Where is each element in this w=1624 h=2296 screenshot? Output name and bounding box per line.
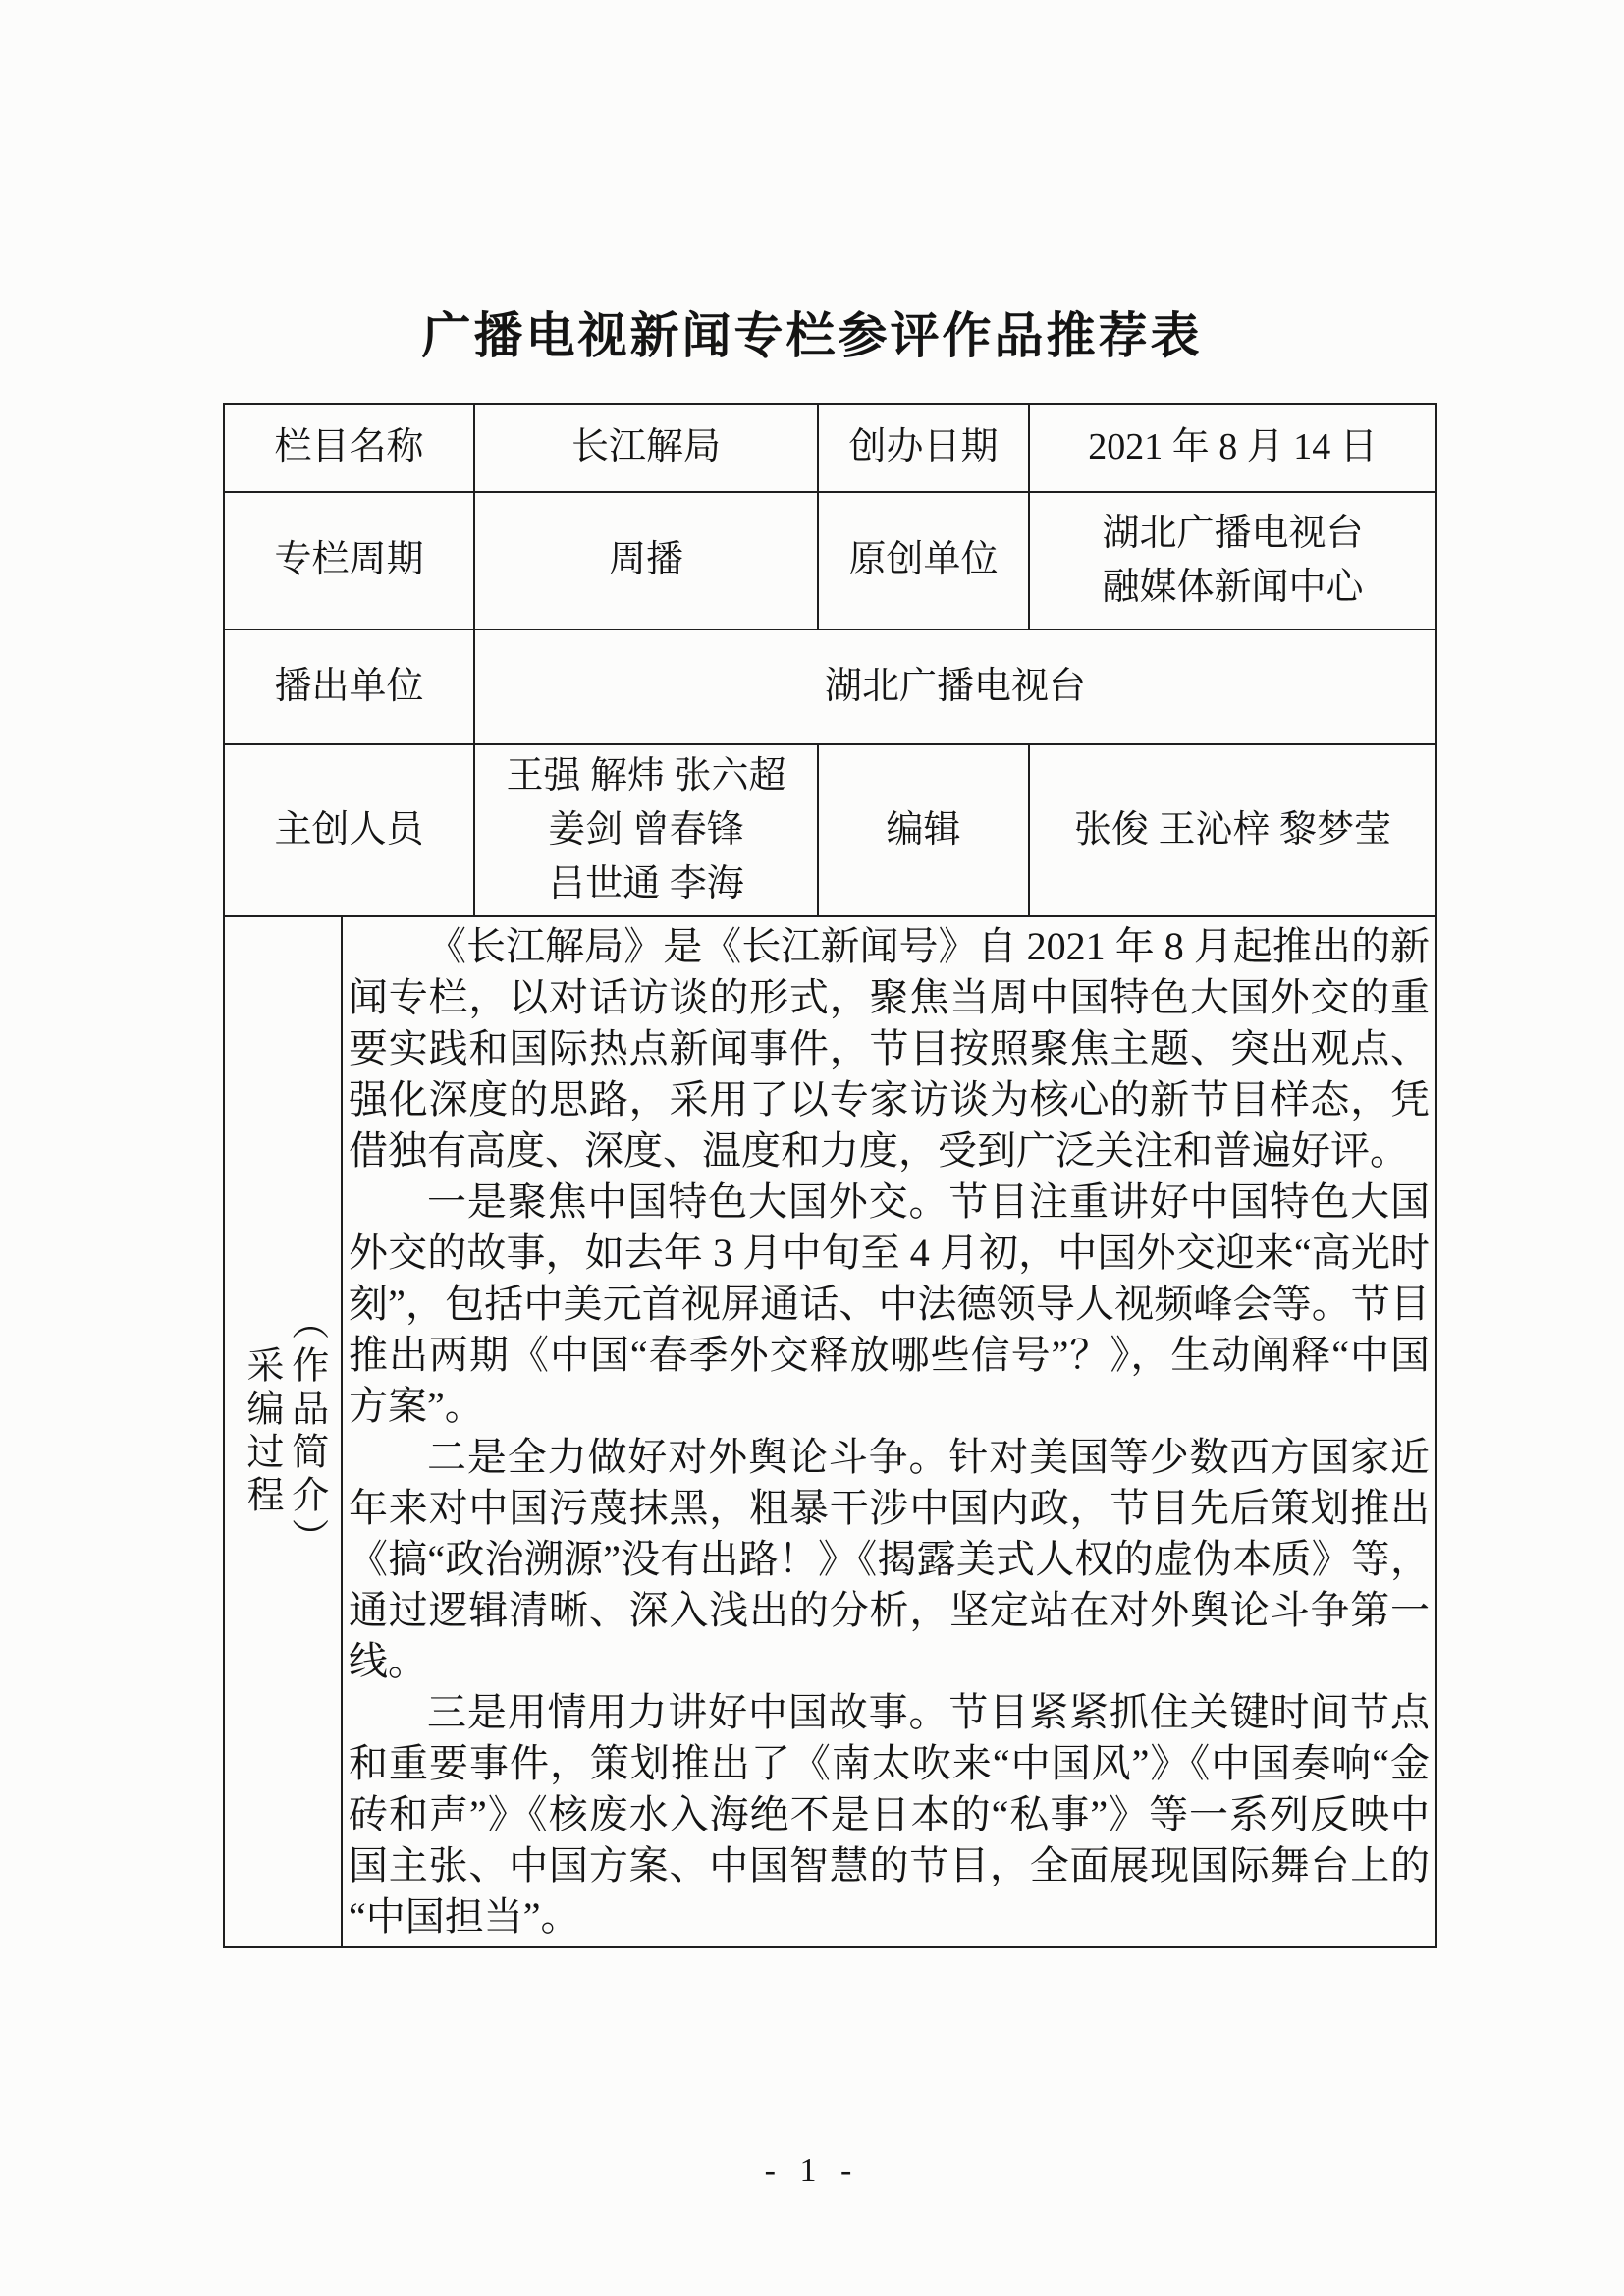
broadcast-unit-value: 湖北广播电视台	[474, 629, 1436, 744]
original-unit-value: 湖北广播电视台 融媒体新闻中心	[1029, 492, 1436, 629]
column-cycle-value: 周播	[474, 492, 818, 629]
broadcast-unit-label: 播出单位	[224, 629, 474, 744]
recommendation-form-table: 栏目名称 长江解局 创办日期 2021 年 8 月 14 日 专栏周期 周播 原…	[223, 403, 1437, 1948]
intro-section-label: 采编过程 （作品简介）	[224, 916, 342, 1947]
editor-label: 编辑	[818, 744, 1029, 916]
creators-line3: 吕世通 李海	[481, 857, 811, 911]
intro-paragraph-4: 三是用情用力讲好中国故事。节目紧紧抓住关键时间节点和重要事件，策划推出了《南太吹…	[349, 1687, 1430, 1942]
page-number: - 1 -	[0, 2153, 1624, 2190]
table-row: 专栏周期 周播 原创单位 湖北广播电视台 融媒体新闻中心	[224, 492, 1436, 629]
creators-value: 王强 解炜 张六超 姜剑 曾春锋 吕世通 李海	[474, 744, 818, 916]
intro-paragraph-3: 二是全力做好对外舆论斗争。针对美国等少数西方国家近年来对中国污蔑抹黑，粗暴干涉中…	[349, 1432, 1430, 1687]
page-title: 广播电视新闻专栏参评作品推荐表	[0, 297, 1624, 367]
creators-line1: 王强 解炜 张六超	[481, 749, 811, 803]
editor-value: 张俊 王沁梓 黎梦莹	[1029, 744, 1436, 916]
original-unit-line2: 融媒体新闻中心	[1036, 561, 1430, 615]
intro-paragraph-1: 《长江解局》是《长江新闻号》自 2021 年 8 月起推出的新闻专栏，以对话访谈…	[349, 921, 1430, 1176]
founding-date-label: 创办日期	[818, 404, 1029, 492]
intro-label-process: 采编过程	[240, 1345, 281, 1518]
original-unit-label: 原创单位	[818, 492, 1029, 629]
creators-line2: 姜剑 曾春锋	[481, 803, 811, 857]
column-name-label: 栏目名称	[224, 404, 474, 492]
column-name-value: 长江解局	[474, 404, 818, 492]
intro-label-paren: （作品简介）	[285, 1302, 326, 1561]
table-row: 采编过程 （作品简介） 《长江解局》是《长江新闻号》自 2021 年 8 月起推…	[224, 916, 1436, 1947]
table-row: 栏目名称 长江解局 创办日期 2021 年 8 月 14 日	[224, 404, 1436, 492]
intro-paragraph-2: 一是聚焦中国特色大国外交。节目注重讲好中国特色大国外交的故事，如去年 3 月中旬…	[349, 1176, 1430, 1432]
work-introduction-text: 《长江解局》是《长江新闻号》自 2021 年 8 月起推出的新闻专栏，以对话访谈…	[342, 916, 1436, 1947]
column-cycle-label: 专栏周期	[224, 492, 474, 629]
table-row: 主创人员 王强 解炜 张六超 姜剑 曾春锋 吕世通 李海 编辑 张俊 王沁梓 黎…	[224, 744, 1436, 916]
document-page: 广播电视新闻专栏参评作品推荐表 栏目名称 长江解局 创办日期 2021 年 8 …	[0, 0, 1624, 2296]
original-unit-line1: 湖北广播电视台	[1036, 507, 1430, 561]
creators-label: 主创人员	[224, 744, 474, 916]
founding-date-value: 2021 年 8 月 14 日	[1029, 404, 1436, 492]
table-row: 播出单位 湖北广播电视台	[224, 629, 1436, 744]
